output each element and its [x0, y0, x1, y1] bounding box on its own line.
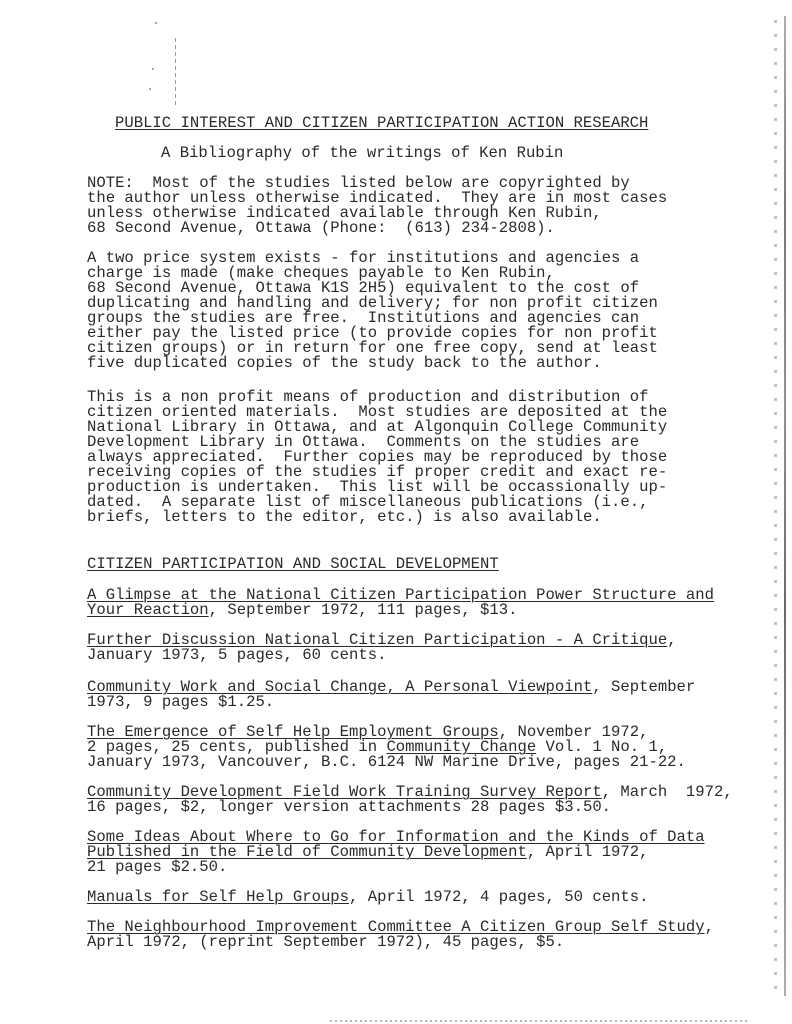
scan-artifact-mark	[175, 38, 176, 108]
pricing-paragraph: A two price system exists - for institut…	[87, 251, 658, 371]
bibliography-entry: Further Discussion National Citizen Part…	[87, 633, 677, 663]
distribution-paragraph: This is a non profit means of production…	[87, 390, 667, 525]
text-line: 68 Second Avenue, Ottawa (Phone: (613) 2…	[87, 221, 667, 236]
entry-detail-text: January 1973, 5 pages, 60 cents.	[87, 646, 386, 664]
entry-detail-text: ,	[705, 918, 714, 936]
entry-line: January 1973, 5 pages, 60 cents.	[87, 648, 677, 663]
note-paragraph: NOTE: Most of the studies listed below a…	[87, 176, 667, 236]
bibliography-entry: A Glimpse at the National Citizen Partic…	[87, 588, 714, 618]
scan-bottom-artifact	[330, 1020, 750, 1022]
entry-detail-text: 16 pages, $2, longer version attachments…	[87, 798, 611, 816]
entry-line: April 1972, (reprint September 1972), 45…	[87, 935, 714, 950]
bibliography-entry: The Neighbourhood Improvement Committee …	[87, 920, 714, 950]
entry-title-text: Manuals for Self Help Groups	[87, 888, 349, 906]
entry-detail-text: , September	[592, 678, 695, 696]
entry-line: January 1973, Vancouver, B.C. 6124 NW Ma…	[87, 755, 686, 770]
scan-artifact-dot	[152, 68, 154, 70]
entry-line: 1973, 9 pages $1.25.	[87, 695, 695, 710]
entry-detail-text: , September 1972, 111 pages, $13.	[209, 601, 518, 619]
entry-detail-text: , March 1972,	[602, 783, 733, 801]
entry-title-text: Your Reaction	[87, 601, 209, 619]
entry-detail-text: 1973, 9 pages $1.25.	[87, 693, 274, 711]
document-title: PUBLIC INTEREST AND CITIZEN PARTICIPATIO…	[115, 116, 648, 131]
document-subtitle: A Bibliography of the writings of Ken Ru…	[161, 146, 563, 161]
entry-detail-text: , April 1972,	[527, 843, 649, 861]
scan-artifact-dot	[149, 88, 151, 90]
scan-edge-marks	[774, 20, 777, 990]
entry-detail-text: , April 1972, 4 pages, 50 cents.	[349, 888, 648, 906]
entry-detail-text: April 1972, (reprint September 1972), 45…	[87, 933, 564, 951]
document-page: PUBLIC INTEREST AND CITIZEN PARTICIPATIO…	[0, 0, 792, 1024]
text-line: five duplicated copies of the study back…	[87, 356, 658, 371]
entry-line: 16 pages, $2, longer version attachments…	[87, 800, 733, 815]
text-line: briefs, letters to the editor, etc.) is …	[87, 510, 667, 525]
bibliography-entry: Manuals for Self Help Groups, April 1972…	[87, 890, 648, 905]
section-heading: CITIZEN PARTICIPATION AND SOCIAL DEVELOP…	[87, 557, 499, 572]
bibliography-entry: The Emergence of Self Help Employment Gr…	[87, 725, 686, 770]
entry-detail-text: 21 pages $2.50.	[87, 858, 227, 876]
scan-edge-line	[784, 16, 786, 996]
scan-artifact-dot	[155, 22, 157, 24]
entry-detail-text: ,	[667, 631, 676, 649]
bibliography-entry: Some Ideas About Where to Go for Informa…	[87, 830, 705, 875]
bibliography-entry: Community Development Field Work Trainin…	[87, 785, 733, 815]
bibliography-entry: Community Work and Social Change, A Pers…	[87, 680, 695, 710]
entry-line: 21 pages $2.50.	[87, 860, 705, 875]
entry-line: Manuals for Self Help Groups, April 1972…	[87, 890, 648, 905]
entry-detail-text: January 1973, Vancouver, B.C. 6124 NW Ma…	[87, 753, 686, 771]
entry-line: Your Reaction, September 1972, 111 pages…	[87, 603, 714, 618]
